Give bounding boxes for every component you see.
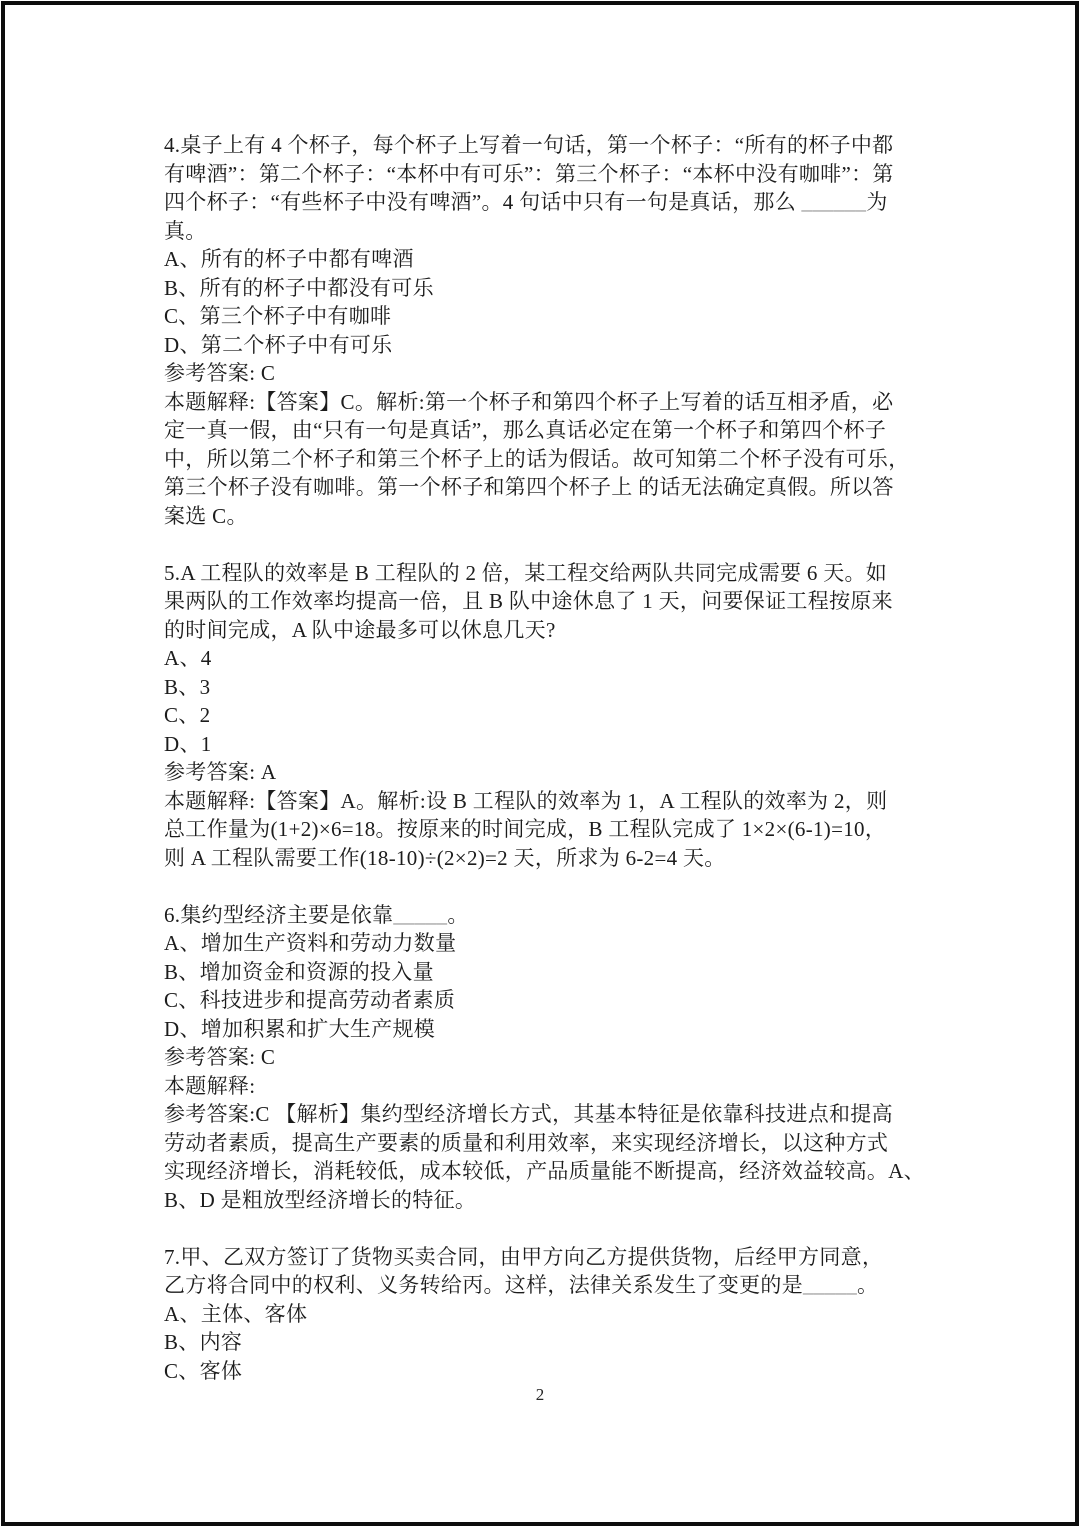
answer-line: 参考答案: C [164,359,939,388]
explanation-line: 参考答案:C 【解析】集约型经济增长方式，其基本特征是依靠科技进点和提高 [164,1100,939,1129]
question-line: 果两队的工作效率均提高一倍，且 B 队中途休息了 1 天，问要保证工程按原来 [164,587,939,616]
question-6-block: 6.集约型经济主要是依靠_____。A、增加生产资料和劳动力数量B、增加资金和资… [164,901,939,1215]
question-line: 7.甲、乙双方签订了货物买卖合同，由甲方向乙方提供货物，后经甲方同意， [164,1243,939,1272]
option-line: D、1 [164,730,939,759]
option-line: C、科技进步和提高劳动者素质 [164,986,939,1015]
document-body: 4.桌子上有 4 个杯子，每个杯子上写着一句话，第一个杯子：“所有的杯子中都有啤… [164,131,939,1385]
explanation-line: 本题解释:【答案】A。解析:设 B 工程队的效率为 1，A 工程队的效率为 2，… [164,787,939,816]
explanation-line: 本题解释: [164,1072,939,1101]
option-line: D、增加积累和扩大生产规模 [164,1015,939,1044]
document-page: 4.桌子上有 4 个杯子，每个杯子上写着一句话，第一个杯子：“所有的杯子中都有啤… [0,0,1080,1527]
explanation-line: 定一真一假，由“只有一句是真话”，那么真话必定在第一个杯子和第四个杯子 [164,416,939,445]
option-line: D、第二个杯子中有可乐 [164,331,939,360]
option-line: C、2 [164,701,939,730]
option-line: A、所有的杯子中都有啤酒 [164,245,939,274]
question-7-block: 7.甲、乙双方签订了货物买卖合同，由甲方向乙方提供货物，后经甲方同意，乙方将合同… [164,1243,939,1386]
explanation-line: 案选 C。 [164,502,939,531]
explanation-line: B、D 是粗放型经济增长的特征。 [164,1186,939,1215]
option-line: A、主体、客体 [164,1300,939,1329]
option-line: A、4 [164,644,939,673]
blank-underline: _____ [393,903,447,927]
explanation-line: 第三个杯子没有咖啡。第一个杯子和第四个杯子上 的话无法确定真假。所以答 [164,473,939,502]
option-line: C、第三个杯子中有咖啡 [164,302,939,331]
explanation-line: 中，所以第二个杯子和第三个杯子上的话为假话。故可知第二个杯子没有可乐， [164,445,939,474]
option-line: C、客体 [164,1357,939,1386]
explanation-line: 实现经济增长，消耗较低，成本较低，产品质量能不断提高，经济效益较高。A、 [164,1157,939,1186]
question-line: 真。 [164,217,939,246]
explanation-line: 本题解释:【答案】C。解析:第一个杯子和第四个杯子上写着的话互相矛盾，必 [164,388,939,417]
question-line: 的时间完成，A 队中途最多可以休息几天? [164,616,939,645]
page-number: 2 [0,1384,1080,1406]
question-4-block: 4.桌子上有 4 个杯子，每个杯子上写着一句话，第一个杯子：“所有的杯子中都有啤… [164,131,939,530]
question-line: 5.A 工程队的效率是 B 工程队的 2 倍，某工程交给两队共同完成需要 6 天… [164,559,939,588]
answer-line: 参考答案: C [164,1043,939,1072]
blank-underline: _____ [803,1273,857,1297]
blank-underline: ______ [802,190,867,214]
question-line: 四个杯子：“有些杯子中没有啤酒”。4 句话中只有一句是真话，那么 ______为 [164,188,939,217]
question-5-block: 5.A 工程队的效率是 B 工程队的 2 倍，某工程交给两队共同完成需要 6 天… [164,559,939,873]
option-line: A、增加生产资料和劳动力数量 [164,929,939,958]
option-line: B、内容 [164,1328,939,1357]
question-line: 6.集约型经济主要是依靠_____。 [164,901,939,930]
option-line: B、3 [164,673,939,702]
option-line: B、增加资金和资源的投入量 [164,958,939,987]
explanation-line: 则 A 工程队需要工作(18-10)÷(2×2)=2 天，所求为 6-2=4 天… [164,844,939,873]
answer-line: 参考答案: A [164,758,939,787]
question-line: 4.桌子上有 4 个杯子，每个杯子上写着一句话，第一个杯子：“所有的杯子中都 [164,131,939,160]
option-line: B、所有的杯子中都没有可乐 [164,274,939,303]
question-line: 乙方将合同中的权利、义务转给丙。这样，法律关系发生了变更的是_____。 [164,1271,939,1300]
explanation-line: 劳动者素质，提高生产要素的质量和利用效率，来实现经济增长，以这种方式 [164,1129,939,1158]
explanation-line: 总工作量为(1+2)×6=18。按原来的时间完成，B 工程队完成了 1×2×(6… [164,815,939,844]
question-line: 有啤酒”：第二个杯子：“本杯中有可乐”：第三个杯子：“本杯中没有咖啡”：第 [164,160,939,189]
